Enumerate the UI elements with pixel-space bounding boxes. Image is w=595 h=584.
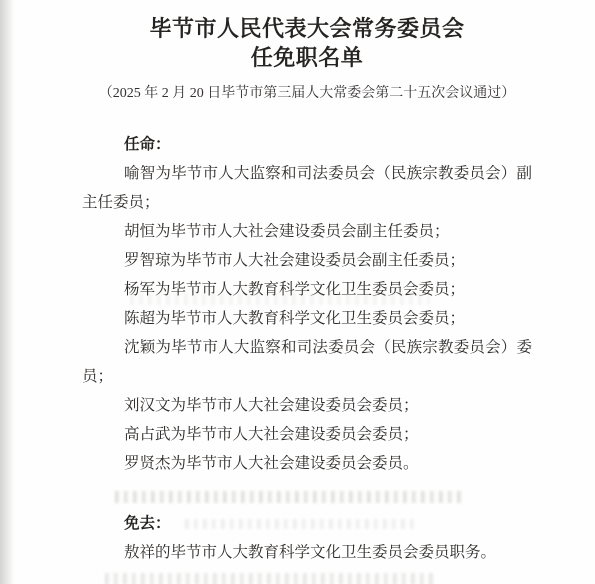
- bleedthrough-artifact: [105, 573, 435, 584]
- appointment-item: 陈超为毕节市人大教育科学文化卫生委员会委员；: [82, 304, 532, 333]
- appointments-heading: 任命：: [82, 130, 532, 159]
- appointment-item: 罗智琼为毕节市人大社会建设委员会副主任委员；: [82, 246, 532, 275]
- document-body: 任命： 喻智为毕节市人大监察和司法委员会（民族宗教委员会）副主任委员； 胡恒为毕…: [82, 130, 532, 567]
- document-page: 毕节市人民代表大会常务委员会 任免职名单 （2025 年 2 月 20 日毕节市…: [82, 0, 532, 567]
- appointments-section: 任命： 喻智为毕节市人大监察和司法委员会（民族宗教委员会）副主任委员； 胡恒为毕…: [82, 130, 532, 478]
- appointment-item: 高占武为毕节市人大社会建设委员会委员；: [82, 420, 532, 449]
- appointment-item: 胡恒为毕节市人大社会建设委员会副主任委员；: [82, 217, 532, 246]
- dismissal-item: 敖祥的毕节市人大教育科学文化卫生委员会委员职务。: [82, 538, 532, 567]
- document-title: 毕节市人民代表大会常务委员会 任免职名单: [82, 14, 532, 72]
- appointment-item: 杨军为毕节市人大教育科学文化卫生委员会委员；: [82, 275, 532, 304]
- adoption-date-subtitle: （2025 年 2 月 20 日毕节市第三届人大常委会第二十五次会议通过）: [82, 84, 532, 104]
- scan-edge-shadow: [0, 0, 14, 584]
- document-title-line1: 毕节市人民代表大会常务委员会: [82, 14, 532, 43]
- document-title-line2: 任免职名单: [82, 43, 532, 72]
- appointment-item: 罗贤杰为毕节市人大社会建设委员会委员。: [82, 449, 532, 478]
- appointment-item: 喻智为毕节市人大监察和司法委员会（民族宗教委员会）副主任委员；: [82, 159, 532, 217]
- appointment-item: 刘汉文为毕节市人大社会建设委员会委员；: [82, 391, 532, 420]
- dismissals-heading: 免去：: [82, 509, 532, 538]
- appointment-item: 沈颖为毕节市人大监察和司法委员会（民族宗教委员会）委员；: [82, 333, 532, 391]
- dismissals-section: 免去： 敖祥的毕节市人大教育科学文化卫生委员会委员职务。: [82, 509, 532, 567]
